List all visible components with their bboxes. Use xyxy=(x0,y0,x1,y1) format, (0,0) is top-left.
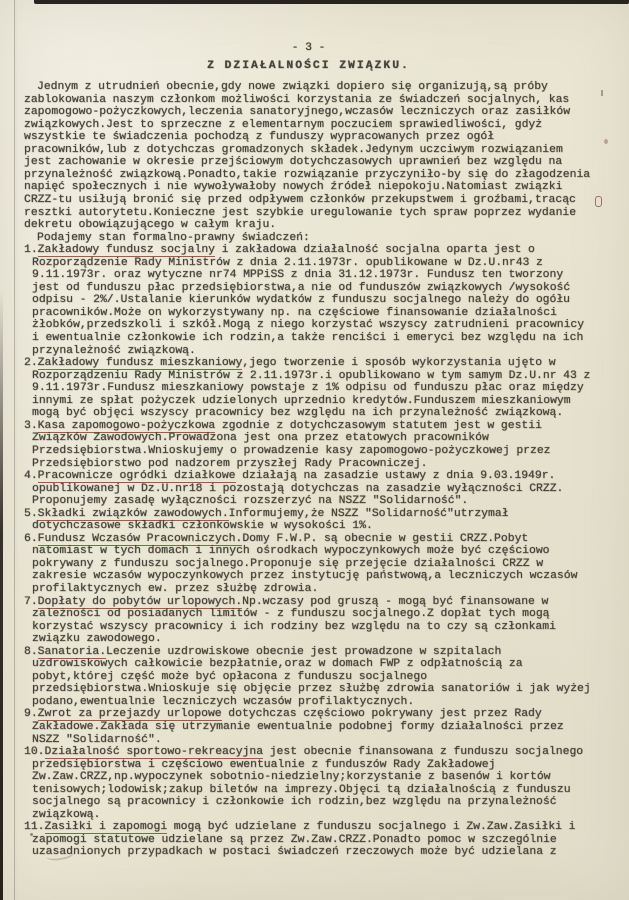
page-number: - 3 - xyxy=(24,42,593,55)
list-item-5: 5.Składki związków zawodowych.Informujem… xyxy=(24,508,593,533)
item-lead: Zasiłki i zapomogi xyxy=(45,821,168,834)
scan-artifact xyxy=(595,196,602,207)
list-item-6: 6.Fundusz Wczasów Pracowniczych.Domy F.W… xyxy=(24,533,593,596)
list-item-1: 1.Zakładowy fundusz socjalny i zakładowa… xyxy=(24,244,593,357)
scan-artifact xyxy=(601,90,603,96)
list-item-2: 2.Zakładowy fundusz mieszkaniowy,jego tw… xyxy=(24,357,593,420)
item-number: 7. xyxy=(24,596,38,608)
item-lead: Zakładowy fundusz mieszkaniowy xyxy=(38,357,243,370)
list-item-8: 8.Sanatoria.Leczenie uzdrowiskowe obecni… xyxy=(24,646,593,709)
item-lead: Działalność sportowo-rekreacyjna xyxy=(45,746,264,759)
item-lead: Zwrot za przejazdy urlopowe xyxy=(38,708,222,721)
scan-artifact xyxy=(30,833,33,836)
item-lead: Zakładowy fundusz socjalny xyxy=(38,244,215,257)
item-number: 6. xyxy=(24,533,38,545)
paper-fold-line xyxy=(14,0,15,900)
item-body: Leczenie uzdrowiskowe obecnie jest prowa… xyxy=(32,646,591,708)
list-item-3: 3.Kasa zapomogowo-pożyczkowa zgodnie z d… xyxy=(24,420,593,470)
list-item-9: 9.Zwrot za przejazdy urlopowe dotychczas… xyxy=(24,708,593,746)
item-number: 1. xyxy=(24,244,38,256)
item-lead: Składki związków zawodowych. xyxy=(38,508,229,521)
item-number: 2. xyxy=(24,357,38,369)
typewritten-content: - 3 - Z DZIAŁALNOŚCI ZWIĄZKU. Jednym z u… xyxy=(24,42,593,859)
item-number: 4. xyxy=(24,470,38,482)
item-number: 10. xyxy=(24,746,45,758)
intro-paragraph: Jednym z utrudnień obecnie,gdy nowe zwią… xyxy=(24,81,593,232)
item-lead: Kasa zapomogowo-pożyczkowa xyxy=(38,420,216,433)
item-number: 3. xyxy=(24,420,38,432)
item-lead: Dopłaty do pobytów urlopowych. xyxy=(38,596,242,609)
item-lead: Pracownicze ogródki działkowe xyxy=(38,470,236,483)
item-number: 11. xyxy=(24,821,45,833)
item-number: 9. xyxy=(24,708,38,720)
list-item-7: 7.Dopłaty do pobytów urlopowych.Np.wczas… xyxy=(24,596,593,646)
scan-artifact xyxy=(604,139,608,144)
item-number: 5. xyxy=(24,508,38,520)
item-lead: Fundusz Wczasów Pracowniczych. xyxy=(38,533,243,546)
document-page: - 3 - Z DZIAŁALNOŚCI ZWIĄZKU. Jednym z u… xyxy=(0,0,629,900)
item-lead: Sanatoria. xyxy=(38,646,106,659)
item-body: i zakładowa działalność socjalna oparta … xyxy=(32,244,584,356)
item-number: 8. xyxy=(24,646,38,658)
list-item-10: 10.Działalność sportowo-rekreacyjna jest… xyxy=(24,746,593,821)
page-title: Z DZIAŁALNOŚCI ZWIĄZKU. xyxy=(24,60,593,73)
list-intro: Podajemy stan formalno-prawny świadczeń: xyxy=(24,232,593,245)
list-item-11: 11.Zasiłki i zapomogi mogą być udzielane… xyxy=(24,821,593,859)
list-item-4: 4.Pracownicze ogródki działkowe działają… xyxy=(24,470,593,508)
scan-edge-top xyxy=(34,0,629,4)
scan-edge-left xyxy=(0,290,3,900)
